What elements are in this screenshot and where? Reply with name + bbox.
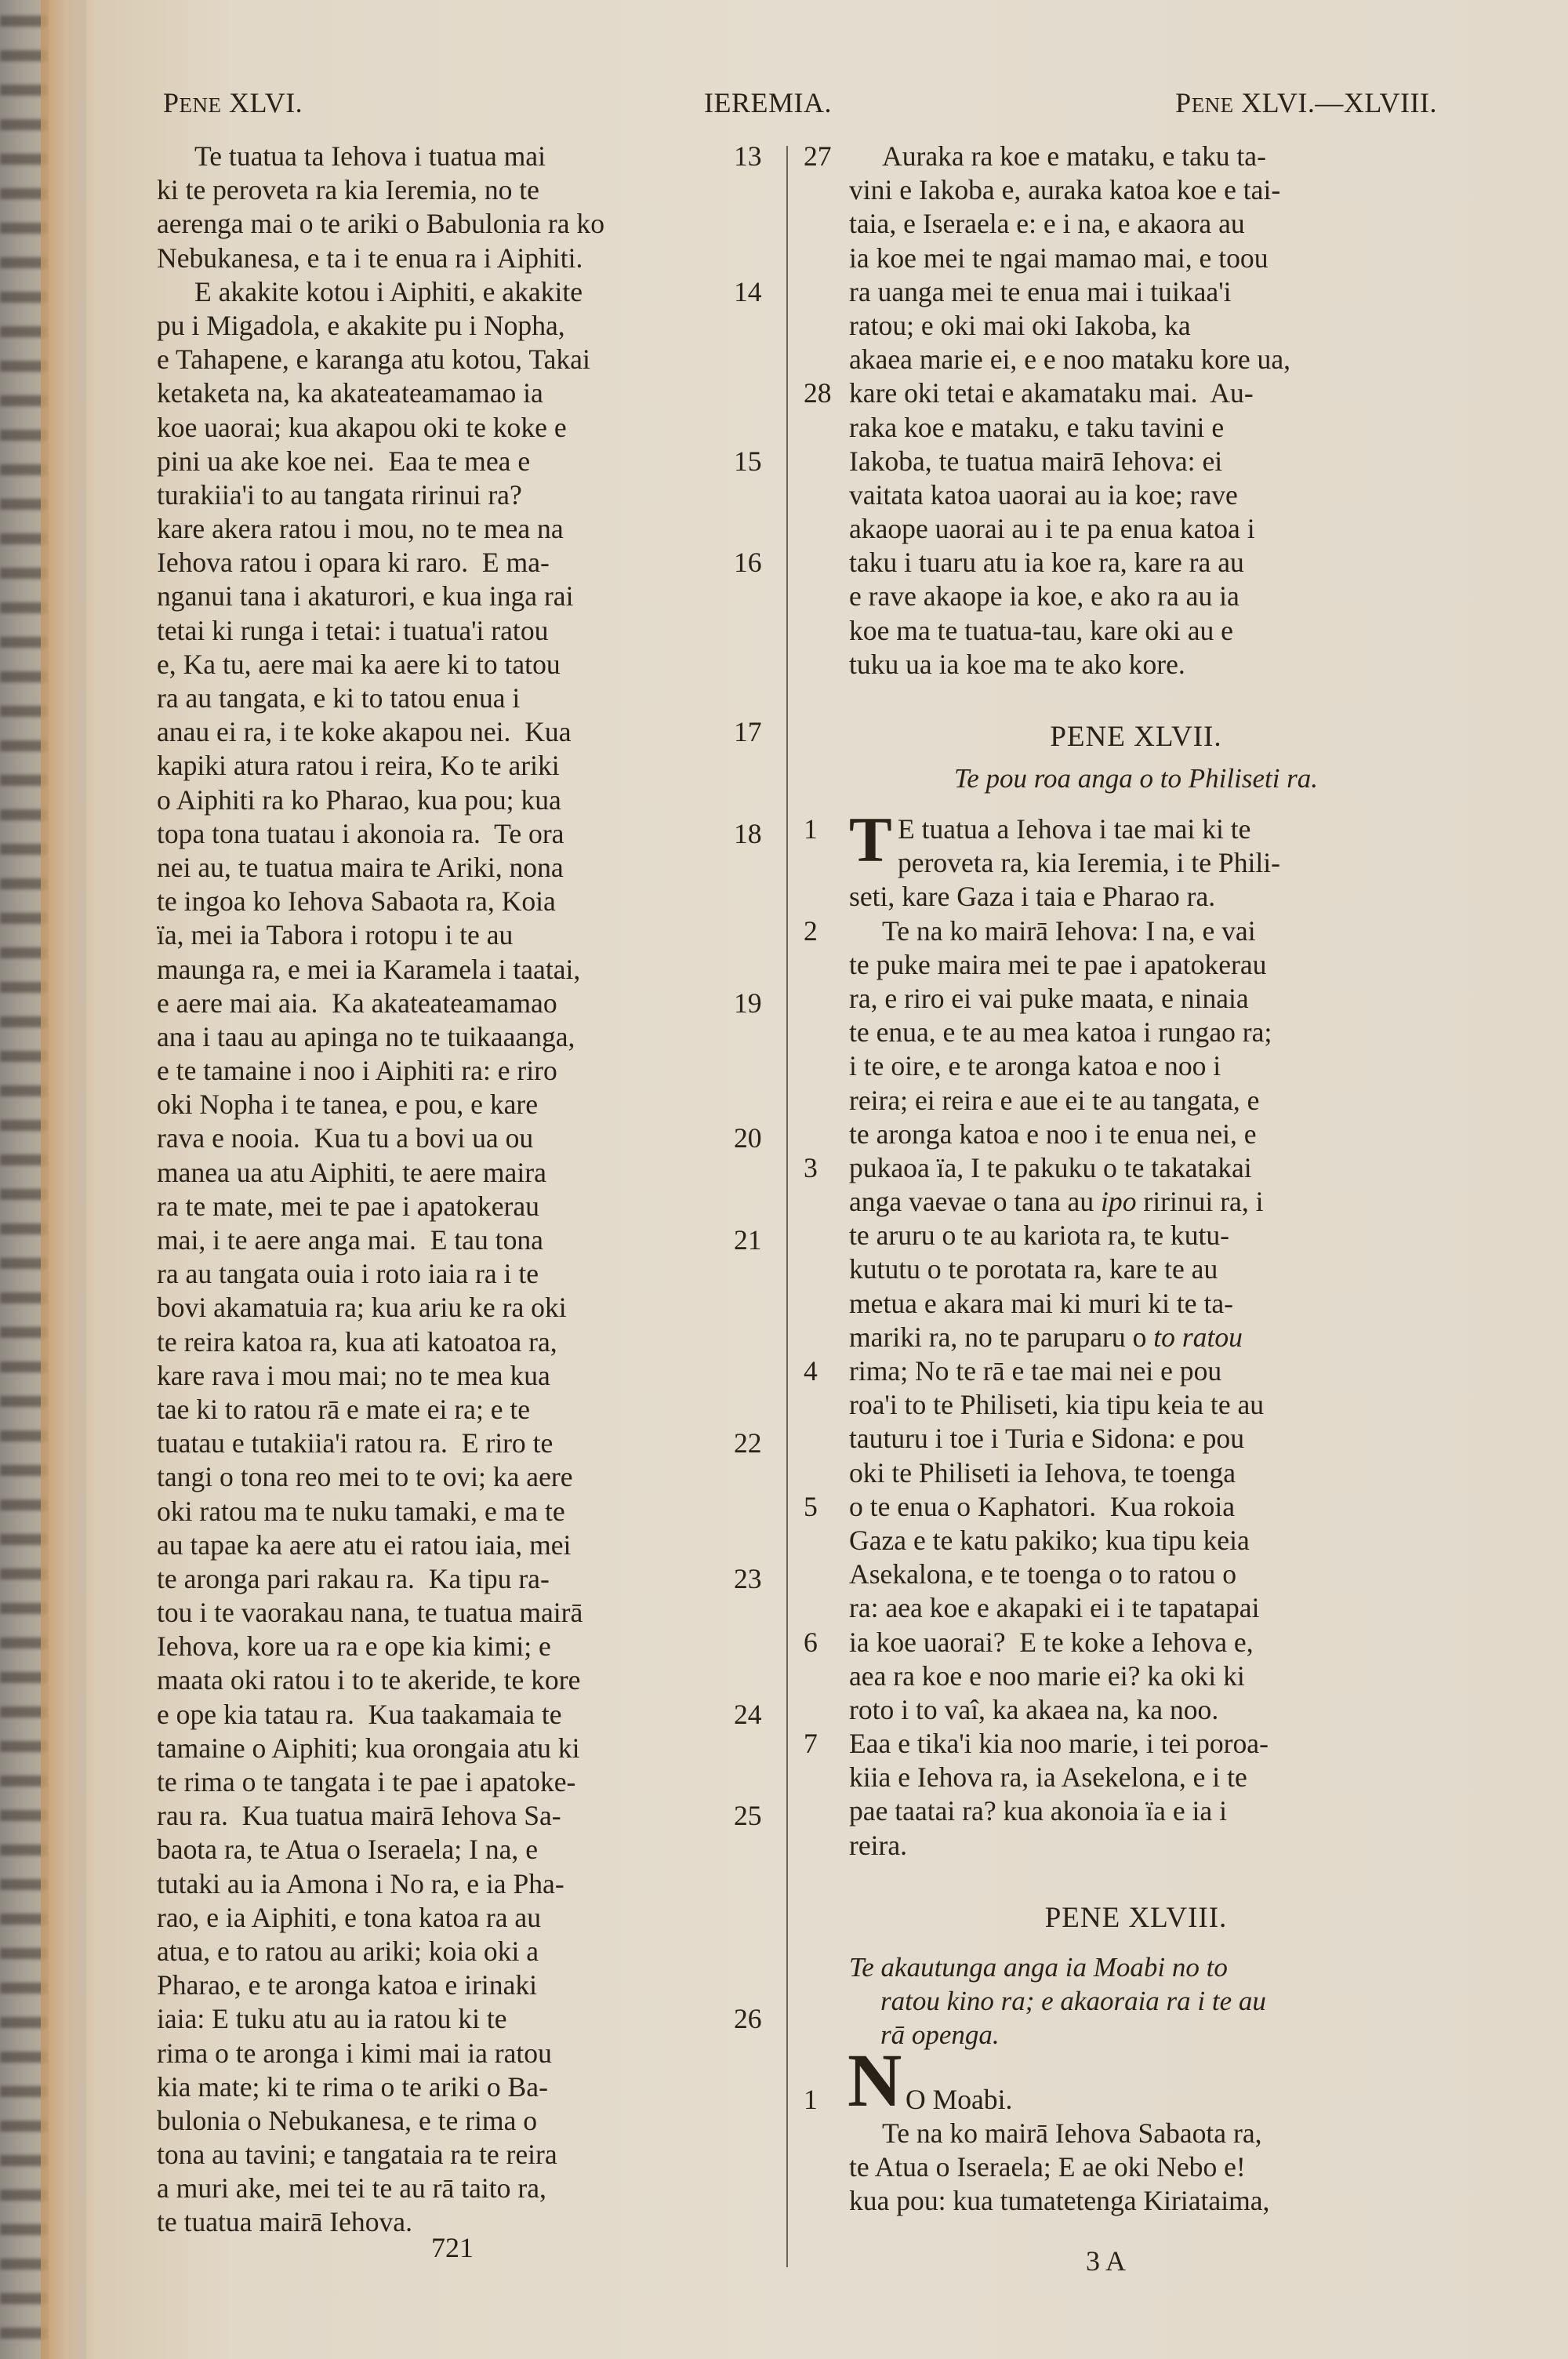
verse-number: 14: [734, 275, 773, 309]
line-text: aea ra koe e noo marie ei? ka oki ki: [849, 1659, 1245, 1693]
text-line: maunga ra, e mei ia Karamela i taatai,: [157, 953, 776, 987]
line-text: koe uaorai; kua akapou oki te koke e: [157, 411, 567, 445]
text-line: tetai ki runga i tetai: i tuatua'i ratou: [157, 614, 776, 648]
column-divider: [786, 146, 788, 2267]
line-text: tamaine o Aiphiti; kua orongaia atu ki: [157, 1732, 579, 1765]
text-line: seti, kare Gaza i taia e Pharao ra.: [804, 880, 1423, 914]
signature-mark: 3 A: [1086, 2245, 1126, 2277]
line-text: te reira katoa ra, kua ati katoatoa ra,: [157, 1325, 557, 1359]
line-text: te puke maira mei te pae i apatokerau: [849, 948, 1266, 982]
text-line: 1O Moabi.N: [804, 2083, 1423, 2117]
line-text: rau ra. Kua tuatua mairā Iehova Sa-: [157, 1799, 561, 1833]
text-line: ra uanga mei te enua mai i tuikaa'i: [804, 275, 1423, 309]
verse-number: 23: [734, 1562, 773, 1596]
left-column: Te tuatua ta Iehova i tuatua mai13ki te …: [157, 140, 776, 2240]
text-line: ana i taau au apinga no te tuikaaanga,: [157, 1020, 776, 1054]
verse-number: 25: [734, 1799, 773, 1833]
text-line: ra au tangata ouia i roto iaia ra i te: [157, 1257, 776, 1291]
text-line: oki te Philiseti ia Iehova, te toenga: [804, 1456, 1423, 1490]
text-line: ra au tangata, e ki to tatou enua i: [157, 682, 776, 715]
text-line: bulonia o Nebukanesa, e te rima o: [157, 2104, 776, 2138]
text-line: 7Eaa e tika'i kia noo marie, i tei poroa…: [804, 1727, 1423, 1761]
summary-line: ratou kino ra; e akaoraia ra i te au: [849, 1984, 1423, 2018]
text-line: tauturu i toe i Turia e Sidona: e pou: [804, 1422, 1423, 1456]
line-text: tauturu i toe i Turia e Sidona: e pou: [849, 1422, 1244, 1456]
chapter-47-text: 1E tuatua a Iehova i tae mai ki teTperov…: [804, 812, 1423, 1863]
line-text: ia koe uaorai? E te koke a Iehova e,: [849, 1626, 1254, 1659]
text-line: turakiia'i to au tangata ririnui ra?: [157, 478, 776, 512]
line-text: tae ki to ratou rā e mate ei ra; e te: [157, 1393, 530, 1427]
text-line: taku i tuaru atu ia koe ra, kare ra au: [804, 546, 1423, 580]
line-text: te aronga pari rakau ra. Ka tipu ra-: [157, 1562, 550, 1596]
line-text: roto i to vaî, ka akaea na, ka noo.: [849, 1693, 1218, 1727]
line-text: kua pou: kua tumatetenga Kiriataima,: [849, 2184, 1269, 2218]
line-text: tangi o tona reo mei to te ovi; ka aere: [157, 1460, 573, 1494]
drop-cap-initial: N: [848, 2048, 902, 2113]
text-line: te reira katoa ra, kua ati katoatoa ra,: [157, 1325, 776, 1359]
line-text: Auraka ra koe e mataku, e taku ta-: [882, 140, 1266, 173]
line-text: a muri ake, mei tei te au rā taito ra,: [157, 2172, 546, 2205]
line-text: Eaa e tika'i kia noo marie, i tei poroa-: [849, 1727, 1269, 1761]
line-text: e ope kia tatau ra. Kua taakamaia te: [157, 1698, 562, 1732]
text-line: 6ia koe uaorai? E te koke a Iehova e,: [804, 1626, 1423, 1659]
page-number: 721: [431, 2231, 474, 2264]
text-line: E akakite kotou i Aiphiti, e akakite14: [157, 275, 776, 309]
line-text: manea ua atu Aiphiti, te aere maira: [157, 1156, 546, 1190]
text-line: bovi akamatuia ra; kua ariu ke ra oki: [157, 1291, 776, 1325]
text-line: koe uaorai; kua akapou oki te koke e: [157, 411, 776, 445]
header-book-title: IEREMIA.: [704, 86, 832, 119]
header-right-smallcaps: ENE: [1192, 93, 1234, 117]
header-right-chapter: XLVI.—XLVIII.: [1241, 87, 1437, 118]
verse-number: 1: [804, 2083, 843, 2117]
line-text: e te tamaine i noo i Aiphiti ra: e riro: [157, 1054, 557, 1088]
right-column: 27Auraka ra koe e mataku, e taku ta-vini…: [804, 140, 1423, 2219]
text-line: nei au, te tuatua maira te Ariki, nona: [157, 851, 776, 885]
line-text: oki Nopha i te tanea, e pou, e kare: [157, 1088, 538, 1121]
verse-number: 1: [804, 812, 843, 846]
text-line: tuku ua ia koe ma te ako kore.: [804, 648, 1423, 682]
text-line: e rave akaope ia koe, e ako ra au ia: [804, 580, 1423, 613]
line-text: te enua, e te au mea katoa i rungao ra;: [849, 1016, 1272, 1049]
text-line: topa tona tuatau i akonoia ra. Te ora18: [157, 817, 776, 851]
line-text: tuku ua ia koe ma te ako kore.: [849, 648, 1185, 682]
line-text: pini ua ake koe nei. Eaa te mea e: [157, 445, 530, 478]
verse-number: 15: [734, 445, 773, 478]
line-text: te aruru o te au kariota ra, te kutu-: [849, 1219, 1229, 1252]
line-text: Nebukanesa, e ta i te enua ra i Aiphiti.: [157, 242, 583, 275]
verse-number: 19: [734, 987, 773, 1020]
line-text: e, Ka tu, aere mai ka aere ki to tatou: [157, 648, 561, 682]
header-left-chapter: XLVI.: [229, 87, 303, 118]
line-text: reira.: [849, 1829, 907, 1863]
line-text: mariki ra, no te paruparu o to ratou: [849, 1321, 1243, 1354]
line-text: rima; No te rā e tae mai nei e pou: [849, 1354, 1221, 1388]
text-line: rao, e ia Aiphiti, e tona katoa ra au: [157, 1901, 776, 1935]
line-text: tetai ki runga i tetai: i tuatua'i ratou: [157, 614, 548, 648]
line-text: kututu o te porotata ra, kare te au: [849, 1252, 1218, 1286]
line-text: i te oire, e te aronga katoa e noo i: [849, 1049, 1221, 1083]
text-line: peroveta ra, kia Ieremia, i te Phili-: [804, 846, 1423, 880]
text-line: pini ua ake koe nei. Eaa te mea e15: [157, 445, 776, 478]
text-line: vini e Iakoba e, auraka katoa koe e tai-: [804, 173, 1423, 207]
line-text: O Moabi.: [906, 2083, 1012, 2117]
line-text: ra, e riro ei vai puke maata, e ninaia: [849, 982, 1249, 1016]
line-text: te rima o te tangata i te pae i apatoke-: [157, 1765, 575, 1799]
line-text: tuatau e tutakiia'i ratou ra. E riro te: [157, 1427, 553, 1460]
verse-number: 24: [734, 1698, 773, 1732]
chapter-48-text: 1O Moabi.NTe na ko mairā Iehova Sabaota …: [804, 2083, 1423, 2219]
text-line: 3pukaoa ïa, I te pakuku o te takatakai: [804, 1151, 1423, 1185]
verse-number: 2: [804, 914, 843, 948]
text-line: 5o te enua o Kaphatori. Kua rokoia: [804, 1490, 1423, 1524]
line-text: kare akera ratou i mou, no te mea na: [157, 512, 564, 546]
line-text: vini e Iakoba e, auraka katoa koe e tai-: [849, 173, 1280, 207]
line-text: pu i Migadola, e akakite pu i Nopha,: [157, 309, 565, 343]
line-text: tutaki au ia Amona i No ra, e ia Pha-: [157, 1867, 564, 1901]
text-line: Iehova ratou i opara ki raro. E ma-16: [157, 546, 776, 580]
header-left-initial: P: [163, 87, 180, 118]
text-line: o Aiphiti ra ko Pharao, kua pou; kua: [157, 783, 776, 817]
verse-number: 20: [734, 1121, 773, 1155]
line-text: Te na ko mairā Iehova Sabaota ra,: [882, 2117, 1262, 2150]
text-line: anga vaevae o tana au ipo ririnui ra, i: [804, 1185, 1423, 1219]
line-text: raka koe e mataku, e taku tavini e: [849, 411, 1224, 445]
line-text: rao, e ia Aiphiti, e tona katoa ra au: [157, 1901, 541, 1935]
text-line: Gaza e te katu pakiko; kua tipu keia: [804, 1524, 1423, 1558]
line-text: te Atua o Iseraela; E ae oki Nebo e!: [849, 2150, 1246, 2184]
text-line: e aere mai aia. Ka akateateamamao19: [157, 987, 776, 1020]
line-text: anga vaevae o tana au ipo ririnui ra, i: [849, 1185, 1264, 1219]
text-line: 4rima; No te rā e tae mai nei e pou: [804, 1354, 1423, 1388]
line-text: o te enua o Kaphatori. Kua rokoia: [849, 1490, 1235, 1524]
line-text: ra te mate, mei te pae i apatokerau: [157, 1190, 539, 1223]
chapter-47-summary: Te pou roa anga o to Philiseti ra.: [804, 761, 1423, 795]
line-text: e rave akaope ia koe, e ako ra au ia: [849, 580, 1240, 613]
text-line: vaitata katoa uaorai au ia koe; rave: [804, 478, 1423, 512]
verse-number: 4: [804, 1354, 843, 1388]
text-line: ra: aea koe e akapaki ei i te tapatapai: [804, 1591, 1423, 1625]
text-line: pu i Migadola, e akakite pu i Nopha,: [157, 309, 776, 343]
text-line: e ope kia tatau ra. Kua taakamaia te24: [157, 1698, 776, 1732]
text-line: 28kare oki tetai e akamataku mai. Au-: [804, 376, 1423, 410]
line-text: kapiki atura ratou i reira, Ko te ariki: [157, 749, 560, 783]
line-text: pae taatai ra? kua akonoia ïa e ia i: [849, 1794, 1227, 1828]
header-right: PENE XLVI.—XLVIII.: [1175, 86, 1437, 119]
verse-number: 3: [804, 1151, 843, 1185]
text-line: raka koe e mataku, e taku tavini e: [804, 411, 1423, 445]
blurred-text: [0, 16, 47, 2343]
line-text: mai, i te aere anga mai. E tau tona: [157, 1223, 543, 1257]
line-text: taku i tuaru atu ia koe ra, kare ra au: [849, 546, 1244, 580]
line-text: ketaketa na, ka akateateamamao ia: [157, 376, 543, 410]
line-text: ra uanga mei te enua mai i tuikaa'i: [849, 275, 1232, 309]
verse-number: 26: [734, 2002, 773, 2036]
line-text: metua e akara mai ki muri ki te ta-: [849, 1287, 1233, 1321]
text-line: akaea marie ei, e e noo mataku kore ua,: [804, 343, 1423, 376]
text-line: pae taatai ra? kua akonoia ïa e ia i: [804, 1794, 1423, 1828]
text-line: ia koe mei te ngai mamao mai, e toou: [804, 242, 1423, 275]
text-line: ratou; e oki mai oki Iakoba, ka: [804, 309, 1423, 343]
line-text: topa tona tuatau i akonoia ra. Te ora: [157, 817, 564, 851]
text-line: anau ei ra, i te koke akapou nei. Kua17: [157, 715, 776, 749]
line-text: oki te Philiseti ia Iehova, te toenga: [849, 1456, 1236, 1490]
text-line: taia, e Iseraela e: e i na, e akaora au: [804, 207, 1423, 241]
text-line: tamaine o Aiphiti; kua orongaia atu ki: [157, 1732, 776, 1765]
text-line: iaia: E tuku atu au ia ratou ki te26: [157, 2002, 776, 2036]
verse-number: 28: [804, 376, 843, 410]
line-text: e aere mai aia. Ka akateateamamao: [157, 987, 557, 1020]
line-text: Iehova, kore ua ra e ope kia kimi; e: [157, 1630, 551, 1663]
line-text: akaope uaorai au i te pa enua katoa i: [849, 512, 1255, 546]
text-line: Te na ko mairā Iehova Sabaota ra,: [804, 2117, 1423, 2150]
header-left: PENE XLVI.: [163, 86, 303, 119]
line-text: ra: aea koe e akapaki ei i te tapatapai: [849, 1591, 1259, 1625]
line-text: rava e nooia. Kua tu a bovi ua ou: [157, 1121, 533, 1155]
line-text: peroveta ra, kia Ieremia, i te Phili-: [898, 846, 1280, 880]
chapter-48-title: PENE XLVIII.: [804, 1894, 1423, 1943]
line-text: taia, e Iseraela e: e i na, e akaora au: [849, 207, 1245, 241]
text-line: ketaketa na, ka akateateamamao ia: [157, 376, 776, 410]
line-text: au tapae ka aere atu ei ratou iaia, mei: [157, 1528, 571, 1562]
line-text: ra au tangata ouia i roto iaia ra i te: [157, 1257, 539, 1291]
line-text: bulonia o Nebukanesa, e te rima o: [157, 2104, 537, 2138]
text-line: koe ma te tuatua-tau, kare oki au e: [804, 614, 1423, 648]
line-text: baota ra, te Atua o Iseraela; I na, e: [157, 1833, 538, 1866]
text-line: mai, i te aere anga mai. E tau tona21: [157, 1223, 776, 1257]
text-line: oki ratou ma te nuku tamaki, e ma te: [157, 1495, 776, 1528]
line-text: e Tahapene, e karanga atu kotou, Takai: [157, 343, 590, 376]
text-line: e, Ka tu, aere mai ka aere ki to tatou: [157, 648, 776, 682]
line-text: te aronga katoa e noo i te enua nei, e: [849, 1118, 1257, 1151]
line-text: ïa, mei ia Tabora i rotopu i te au: [157, 918, 513, 952]
text-line: nganui tana i akaturori, e kua inga rai: [157, 580, 776, 613]
line-text: maunga ra, e mei ia Karamela i taatai,: [157, 953, 580, 987]
verse-number: 6: [804, 1626, 843, 1659]
line-text: Te tuatua ta Iehova i tuatua mai: [157, 140, 546, 173]
text-line: tou i te vaorakau nana, te tuatua mairā: [157, 1596, 776, 1630]
text-line: te aronga katoa e noo i te enua nei, e: [804, 1118, 1423, 1151]
text-line: kare rava i mou mai; no te mea kua: [157, 1359, 776, 1393]
verse-number: 18: [734, 817, 773, 851]
line-text: iaia: E tuku atu au ia ratou ki te: [157, 2002, 507, 2036]
verse-number: 21: [734, 1223, 773, 1257]
line-text: maata oki ratou i to te akeride, te kore: [157, 1663, 580, 1697]
line-text: seti, kare Gaza i taia e Pharao ra.: [849, 880, 1215, 914]
text-line: aerenga mai o te ariki o Babulonia ra ko: [157, 207, 776, 241]
text-line: aea ra koe e noo marie ei? ka oki ki: [804, 1659, 1423, 1693]
line-text: ratou; e oki mai oki Iakoba, ka: [849, 309, 1191, 343]
chapter-48-summary: Te akautunga anga ia Moabi no to ratou k…: [804, 1950, 1423, 2052]
text-line: ïa, mei ia Tabora i rotopu i te au: [157, 918, 776, 952]
verse-number: 7: [804, 1727, 843, 1761]
text-line: mariki ra, no te paruparu o to ratou: [804, 1321, 1423, 1354]
line-text: aerenga mai o te ariki o Babulonia ra ko: [157, 207, 604, 241]
text-line: akaope uaorai au i te pa enua katoa i: [804, 512, 1423, 546]
line-text: o Aiphiti ra ko Pharao, kua pou; kua: [157, 783, 561, 817]
text-line: 2Te na ko mairā Iehova: I na, e vai: [804, 914, 1423, 948]
verse-number: 13: [734, 140, 773, 173]
text-line: te Atua o Iseraela; E ae oki Nebo e!: [804, 2150, 1423, 2184]
chapter-46-continuation: 27Auraka ra koe e mataku, e taku ta-vini…: [804, 140, 1423, 682]
summary-line: Te akautunga anga ia Moabi no to: [849, 1950, 1423, 1984]
text-line: 27Auraka ra koe e mataku, e taku ta-: [804, 140, 1423, 173]
text-line: reira; ei reira e aue ei te au tangata, …: [804, 1084, 1423, 1118]
line-text: Iakoba, te tuatua mairā Iehova: ei: [849, 445, 1222, 478]
line-text: nganui tana i akaturori, e kua inga rai: [157, 580, 573, 613]
line-text: kare rava i mou mai; no te mea kua: [157, 1359, 550, 1393]
text-line: manea ua atu Aiphiti, te aere maira: [157, 1156, 776, 1190]
text-line: tangi o tona reo mei to te ovi; ka aere: [157, 1460, 776, 1494]
summary-line: rā openga.: [849, 2018, 1423, 2052]
text-line: ki te peroveta ra kia Ieremia, no te: [157, 173, 776, 207]
line-text: ia koe mei te ngai mamao mai, e toou: [849, 242, 1269, 275]
line-text: Te na ko mairā Iehova: I na, e vai: [882, 914, 1256, 948]
text-line: e Tahapene, e karanga atu kotou, Takai: [157, 343, 776, 376]
line-text: nei au, te tuatua maira te Ariki, nona: [157, 851, 564, 885]
text-line: Pharao, e te aronga katoa e irinaki: [157, 1968, 776, 2002]
line-text: Pharao, e te aronga katoa e irinaki: [157, 1968, 537, 2002]
line-text: akaea marie ei, e e noo mataku kore ua,: [849, 343, 1290, 376]
line-text: E tuatua a Iehova i tae mai ki te: [898, 812, 1250, 846]
text-line: kare akera ratou i mou, no te mea na: [157, 512, 776, 546]
text-line: kiia e Iehova ra, ia Asekelona, e i te: [804, 1761, 1423, 1794]
verse-number: 16: [734, 546, 773, 580]
text-line: rima o te aronga i kimi mai ia ratou: [157, 2037, 776, 2070]
verse-number: 5: [804, 1490, 843, 1524]
line-text: Asekalona, e te toenga o to ratou o: [849, 1558, 1236, 1591]
line-text: te tuatua mairā Iehova.: [157, 2205, 412, 2239]
text-line: roto i to vaî, ka akaea na, ka noo.: [804, 1693, 1423, 1727]
header-left-smallcaps: ENE: [180, 93, 222, 117]
line-text: reira; ei reira e aue ei te au tangata, …: [849, 1084, 1259, 1118]
line-text: Gaza e te katu pakiko; kua tipu keia: [849, 1524, 1250, 1558]
chapter-47-title: PENE XLVII.: [804, 713, 1423, 761]
text-line: kapiki atura ratou i reira, Ko te ariki: [157, 749, 776, 783]
text-line: e te tamaine i noo i Aiphiti ra: e riro: [157, 1054, 776, 1088]
line-text: Iehova ratou i opara ki raro. E ma-: [157, 546, 550, 580]
line-text: kiia e Iehova ra, ia Asekelona, e i te: [849, 1761, 1247, 1794]
line-text: kare oki tetai e akamataku mai. Au-: [849, 376, 1254, 410]
text-line: 1E tuatua a Iehova i tae mai ki teT: [804, 812, 1423, 846]
line-text: rima o te aronga i kimi mai ia ratou: [157, 2037, 552, 2070]
line-text: roa'i to te Philiseti, kia tipu keia te …: [849, 1388, 1264, 1422]
text-line: te aruru o te au kariota ra, te kutu-: [804, 1219, 1423, 1252]
text-line: te puke maira mei te pae i apatokerau: [804, 948, 1423, 982]
line-text: koe ma te tuatua-tau, kare oki au e: [849, 614, 1233, 648]
text-line: rava e nooia. Kua tu a bovi ua ou20: [157, 1121, 776, 1155]
text-line: metua e akara mai ki muri ki te ta-: [804, 1287, 1423, 1321]
verse-number: 17: [734, 715, 773, 749]
line-text: oki ratou ma te nuku tamaki, e ma te: [157, 1495, 565, 1528]
text-line: ra, e riro ei vai puke maata, e ninaia: [804, 982, 1423, 1016]
running-header: PENE XLVI. IEREMIA. PENE XLVI.—XLVIII.: [163, 86, 1437, 133]
text-line: oki Nopha i te tanea, e pou, e kare: [157, 1088, 776, 1121]
text-line: baota ra, te Atua o Iseraela; I na, e: [157, 1833, 776, 1866]
text-line: au tapae ka aere atu ei ratou iaia, mei: [157, 1528, 776, 1562]
text-line: tuatau e tutakiia'i ratou ra. E riro te2…: [157, 1427, 776, 1460]
header-right-initial: P: [1175, 87, 1192, 118]
text-line: te aronga pari rakau ra. Ka tipu ra-23: [157, 1562, 776, 1596]
line-text: anau ei ra, i te koke akapou nei. Kua: [157, 715, 572, 749]
line-text: turakiia'i to au tangata ririnui ra?: [157, 478, 522, 512]
text-line: kututu o te porotata ra, kare te au: [804, 1252, 1423, 1286]
text-line: a muri ake, mei tei te au rā taito ra,: [157, 2172, 776, 2205]
verse-number: 27: [804, 140, 843, 173]
text-line: tae ki to ratou rā e mate ei ra; e te: [157, 1393, 776, 1427]
text-line: rau ra. Kua tuatua mairā Iehova Sa-25: [157, 1799, 776, 1833]
text-line: kua pou: kua tumatetenga Kiriataima,: [804, 2184, 1423, 2218]
text-line: kia mate; ki te rima o te ariki o Ba-: [157, 2070, 776, 2104]
text-line: maata oki ratou i to te akeride, te kore: [157, 1663, 776, 1697]
line-text: kia mate; ki te rima o te ariki o Ba-: [157, 2070, 548, 2104]
line-text: bovi akamatuia ra; kua ariu ke ra oki: [157, 1291, 567, 1325]
line-text: vaitata katoa uaorai au ia koe; rave: [849, 478, 1238, 512]
text-line: Iehova, kore ua ra e ope kia kimi; e: [157, 1630, 776, 1663]
verse-number: 22: [734, 1427, 773, 1460]
page-gutter-shadow: [41, 0, 96, 2359]
text-line: Te tuatua ta Iehova i tuatua mai13: [157, 140, 776, 173]
text-line: te rima o te tangata i te pae i apatoke-: [157, 1765, 776, 1799]
text-line: i te oire, e te aronga katoa e noo i: [804, 1049, 1423, 1083]
line-text: ki te peroveta ra kia Ieremia, no te: [157, 173, 539, 207]
text-line: te enua, e te au mea katoa i rungao ra;: [804, 1016, 1423, 1049]
line-text: te ingoa ko Iehova Sabaota ra, Koia: [157, 885, 556, 918]
text-line: atua, e to ratou au ariki; koia oki a: [157, 1935, 776, 1968]
text-line: Iakoba, te tuatua mairā Iehova: ei: [804, 445, 1423, 478]
line-text: pukaoa ïa, I te pakuku o te takatakai: [849, 1151, 1252, 1185]
text-line: Asekalona, e te toenga o to ratou o: [804, 1558, 1423, 1591]
text-line: reira.: [804, 1829, 1423, 1863]
line-text: tona au tavini; e tangataia ra te reira: [157, 2138, 557, 2172]
text-line: Nebukanesa, e ta i te enua ra i Aiphiti.: [157, 242, 776, 275]
text-line: te ingoa ko Iehova Sabaota ra, Koia: [157, 885, 776, 918]
line-text: atua, e to ratou au ariki; koia oki a: [157, 1935, 539, 1968]
line-text: E akakite kotou i Aiphiti, e akakite: [157, 275, 583, 309]
line-text: ana i taau au apinga no te tuikaaanga,: [157, 1020, 575, 1054]
text-line: roa'i to te Philiseti, kia tipu keia te …: [804, 1388, 1423, 1422]
text-line: tutaki au ia Amona i No ra, e ia Pha-: [157, 1867, 776, 1901]
text-line: ra te mate, mei te pae i apatokerau: [157, 1190, 776, 1223]
line-text: ra au tangata, e ki to tatou enua i: [157, 682, 520, 715]
line-text: tou i te vaorakau nana, te tuatua mairā: [157, 1596, 583, 1630]
text-line: tona au tavini; e tangataia ra te reira: [157, 2138, 776, 2172]
